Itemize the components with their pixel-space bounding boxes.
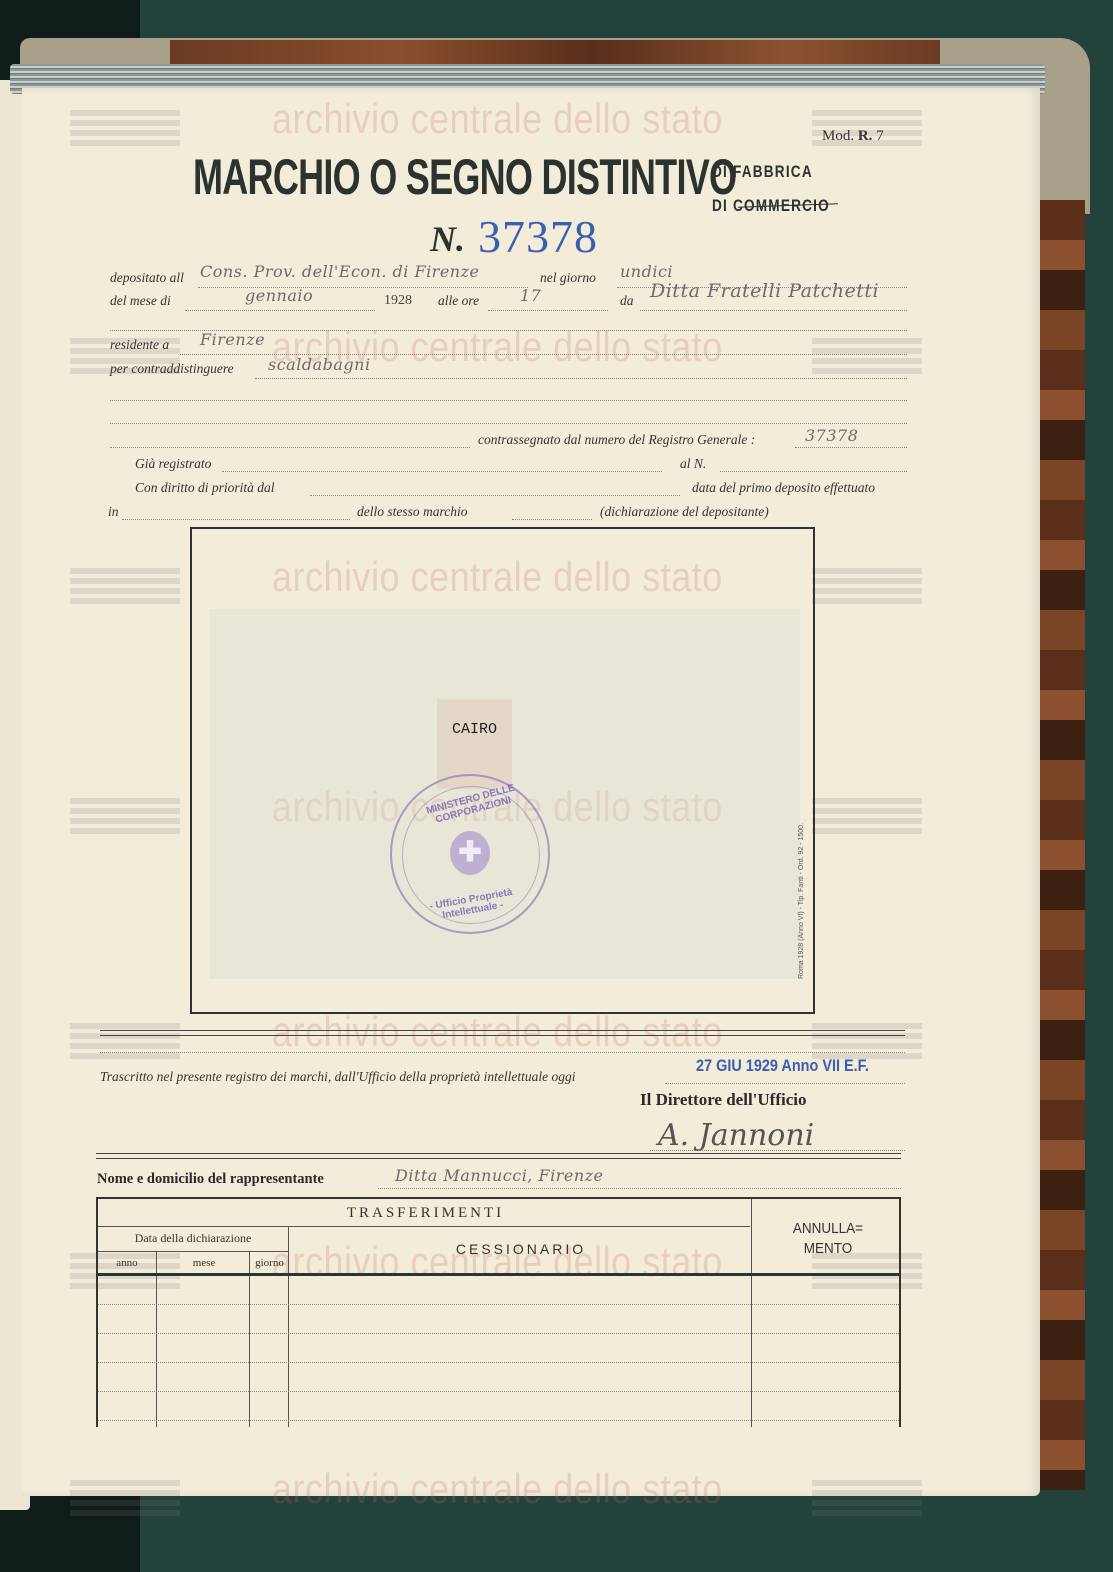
primo-deposito-label: data del primo deposito effettuato [692, 480, 875, 496]
da-label: da [620, 293, 634, 309]
table-row [98, 1420, 899, 1421]
col-mese: mese [158, 1257, 250, 1269]
trademark-text: CAIRO [437, 721, 512, 738]
representative-label: Nome e domicilio del rappresentante [97, 1171, 324, 1188]
dotted-line [310, 495, 680, 496]
transfers-title: TRASFERIMENTI [98, 1205, 753, 1222]
printer-note: Roma 1928 (Anno VI) - Tip. Fanti - Ord. … [798, 823, 805, 979]
document-title: MARCHIO O SEGNO DISTINTIVO [193, 148, 736, 206]
table-rule [98, 1226, 750, 1227]
dotted-line [255, 378, 907, 379]
col-anno: anno [98, 1257, 156, 1269]
dotted-line [378, 1188, 901, 1189]
watermark-logo [812, 338, 922, 374]
dotted-line [512, 519, 592, 520]
da-value: Ditta Fratelli Patchetti [650, 280, 879, 302]
dotted-line [640, 310, 907, 311]
ore-value: 17 [520, 286, 541, 305]
contraddistinguere-value: scaldabagni [268, 355, 371, 374]
dotted-line [665, 1083, 905, 1084]
watermark-logo [812, 798, 922, 834]
separator [100, 1030, 905, 1036]
table-row [98, 1333, 899, 1334]
dotted-line [650, 1150, 905, 1151]
number-label: N. [430, 218, 465, 260]
watermark: archivio centrale dello stato [272, 1465, 723, 1513]
mese-value: gennaio [245, 286, 313, 305]
ministry-stamp: MINISTERO DELLE CORPORAZIONI ✚ - Ufficio… [390, 774, 550, 934]
number-stamp: 37378 [478, 210, 598, 263]
table-rule [751, 1199, 752, 1427]
al-n-label: al N. [680, 456, 706, 472]
anno-value: 1928 [384, 293, 412, 309]
annullamento-line2: MENTO [765, 1239, 891, 1259]
mese-label: del mese di [110, 293, 171, 309]
table-rule [288, 1226, 289, 1427]
book-cloth-corner [1035, 74, 1090, 214]
watermark-logo [812, 1480, 922, 1516]
table-rule [156, 1251, 157, 1427]
form-code: Mod. R. 7 [822, 128, 884, 145]
contraddistinguere-label: per contraddistinguere [110, 361, 234, 377]
ore-label: alle ore [438, 293, 479, 309]
residente-label: residente a [110, 337, 169, 353]
trascritto-label: Trascritto nel presente registro dei mar… [100, 1069, 575, 1085]
stesso-marchio-label: dello stesso marchio [357, 504, 468, 520]
book-leather-spine [1040, 200, 1085, 1490]
date-header: Data della dichiarazione [98, 1231, 288, 1246]
separator [96, 1153, 901, 1159]
dotted-line [720, 471, 907, 472]
watermark-logo [812, 568, 922, 604]
dotted-line [110, 423, 907, 424]
annullamento-line1: ANNULLA= [765, 1219, 891, 1239]
watermark-logo [812, 1023, 922, 1059]
giorno-value: undici [620, 262, 673, 281]
dichiarazione-label: (dichiarazione del depositante) [600, 504, 769, 520]
watermark-logo [70, 110, 180, 146]
dotted-line [122, 519, 350, 520]
table-rule [249, 1251, 250, 1427]
director-signature: A. Jannoni [658, 1118, 814, 1153]
dotted-line [185, 310, 375, 311]
dotted-line [110, 400, 907, 401]
depositato-label: depositato all [110, 270, 184, 286]
savoy-cross-icon: ✚ [450, 831, 490, 875]
table-row [98, 1362, 899, 1363]
table-row [98, 1391, 899, 1392]
watermark-logo [70, 1023, 180, 1059]
transcription-date-stamp: 27 GIU 1929 Anno VII E.F. [696, 1056, 869, 1076]
registro-label: contrassegnato dal numero del Registro G… [478, 432, 755, 448]
trademark-image-box: CAIRO MINISTERO DELLE CORPORAZIONI ✚ - U… [190, 527, 815, 1014]
director-label: Il Direttore dell'Ufficio [640, 1090, 807, 1110]
priorita-label: Con diritto di priorità dal [135, 480, 275, 496]
registro-value: 37378 [805, 426, 858, 445]
dotted-line [488, 310, 608, 311]
annullamento-header: ANNULLA= MENTO [765, 1219, 891, 1259]
dotted-line [222, 471, 662, 472]
col-giorno: giorno [251, 1257, 288, 1269]
dotted-line [100, 1052, 905, 1053]
table-rule [98, 1251, 288, 1252]
giorno-label: nel giorno [540, 270, 596, 286]
cessionario-header: CESSIONARIO [290, 1241, 752, 1257]
transfers-table: TRASFERIMENTI ANNULLA= MENTO Data della … [96, 1197, 901, 1427]
table-header-rule [98, 1273, 899, 1276]
representative-value: Ditta Mannucci, Firenze [395, 1166, 604, 1185]
dotted-line [110, 447, 470, 448]
residente-value: Firenze [200, 330, 265, 349]
watermark-logo [70, 798, 180, 834]
in-label: in [108, 504, 119, 520]
gia-registrato-label: Già registrato [135, 456, 211, 472]
dotted-line [795, 447, 907, 448]
watermark-logo [70, 568, 180, 604]
depositato-value: Cons. Prov. dell'Econ. di Firenze [200, 262, 480, 281]
table-row [98, 1304, 899, 1305]
watermark: archivio centrale dello stato [272, 95, 723, 143]
watermark-logo [70, 1480, 180, 1516]
title-option-fabbrica: DI FABBRICA [712, 162, 813, 182]
